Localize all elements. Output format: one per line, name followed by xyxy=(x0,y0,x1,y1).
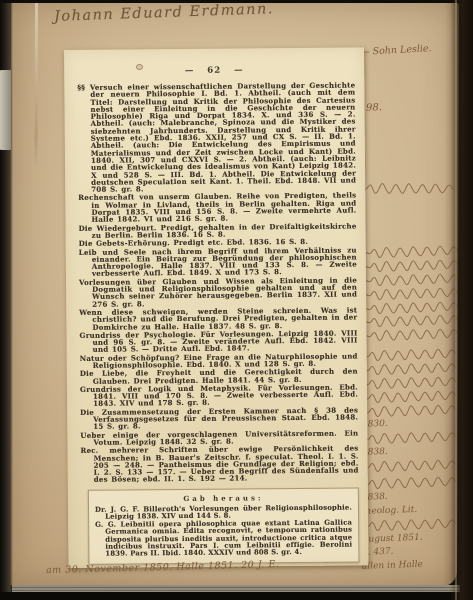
bibliography-entry: Wenn diese schweigen, werden Steine schr… xyxy=(79,306,357,330)
handwriting-fragment: allen in Halle xyxy=(362,560,423,572)
ink-spot xyxy=(136,64,143,70)
handwriting-squiggle-icon xyxy=(362,517,458,531)
bibliography-entry: Grundriss der Logik und Metaphysik. Für … xyxy=(80,383,358,407)
gab-heraus-heading: Gab heraus: xyxy=(95,492,352,503)
bibliography-entry: Grundriss der Psychologie. Für Vorlesung… xyxy=(79,329,357,353)
paper-edge xyxy=(0,70,11,150)
handwriting-squiggle-icon xyxy=(362,475,458,489)
right-page-edge xyxy=(450,0,473,600)
bottom-shadow xyxy=(0,592,473,600)
entry-text: Rec. mehrerer Schriften über ewige Persö… xyxy=(80,444,358,484)
handwriting-squiggle-icon xyxy=(364,314,460,328)
handwriting-squiggle-icon xyxy=(362,459,458,473)
gab-heraus-items: Dr. J. G. F. Billeroth's Vorlesungen übe… xyxy=(95,504,352,558)
printed-clipping: — 62 — §§ Versuch einer wissenschaftlich… xyxy=(64,47,369,568)
entry-text: Leib und Seele nach ihrem Begriff und ih… xyxy=(79,245,357,278)
entry-text: Vorlesungen über Glauben und Wissen als … xyxy=(79,275,357,308)
handwriting-fragment: theolog. Lit. xyxy=(362,505,418,517)
margin-note-handwriting xyxy=(360,183,460,194)
handwriting-squiggle-icon xyxy=(362,347,458,361)
handwriting-squiggle-icon xyxy=(364,244,460,258)
gab-heraus-item: G. G. Leibnitii opera philosophica quae … xyxy=(95,520,352,558)
top-shadow xyxy=(0,0,473,3)
handwriting-fragment: August 1851. xyxy=(362,532,423,544)
handwriting-squiggle-icon xyxy=(362,375,458,389)
gab-heraus-box: Gab heraus: Dr. J. G. F. Billeroth's Vor… xyxy=(88,487,360,565)
scanned-album-photo: Johann Eduard Erdmann. — Sohn Leslie. 98… xyxy=(0,0,473,600)
bibliography-entry: Leib und Seele nach ihrem Begriff und ih… xyxy=(79,246,357,278)
entry-text: Die Zusammensetzung der Ersten Kammer na… xyxy=(80,405,358,431)
handwriting-squiggle-icon xyxy=(364,258,460,272)
entry-text: Rechenschaft von unserm Glauben. Reihe v… xyxy=(78,191,356,224)
handwriting-squiggle-icon xyxy=(364,328,460,342)
handwriting-squiggle-icon xyxy=(362,389,458,403)
handwriting-squiggle-icon xyxy=(364,286,460,300)
handwriting-squiggle-icon xyxy=(362,431,458,445)
handwriting-squiggle-icon xyxy=(364,272,460,286)
entry-text: Wenn diese schweigen, werden Steine schr… xyxy=(79,305,357,331)
entry-text: Grundriss der Psychologie. Für Vorlesung… xyxy=(79,328,357,354)
bibliography-entry: Rec. mehrerer Schriften über ewige Persö… xyxy=(80,445,358,484)
entry-text: Grundriss der Logik und Metaphysik. Für … xyxy=(80,382,358,408)
bibliography-entry: Die Wiedergeburt. Predigt, gehalten in d… xyxy=(79,222,357,239)
bibliography-entry: §§ Versuch einer wissenschaftlichen Dars… xyxy=(77,81,356,193)
bibliography-entries: §§ Versuch einer wissenschaftlichen Dars… xyxy=(77,81,358,483)
bibliography-entry: Vorlesungen über Glauben und Wissen als … xyxy=(79,276,357,308)
handwriting-squiggle-icon xyxy=(362,361,458,375)
bibliography-entry: Die Zusammensetzung der Ersten Kammer na… xyxy=(80,406,358,430)
entry-section-mark: §§ xyxy=(77,83,85,92)
margin-note-handwriting: 98. xyxy=(366,101,410,114)
bibliography-entry: Rechenschaft von unserm Glauben. Reihe v… xyxy=(78,192,356,224)
handwriting-squiggle-icon xyxy=(360,183,455,194)
entry-text: Versuch einer wissenschaftlichen Darstel… xyxy=(90,80,356,193)
page-number: — 62 — xyxy=(64,64,364,77)
